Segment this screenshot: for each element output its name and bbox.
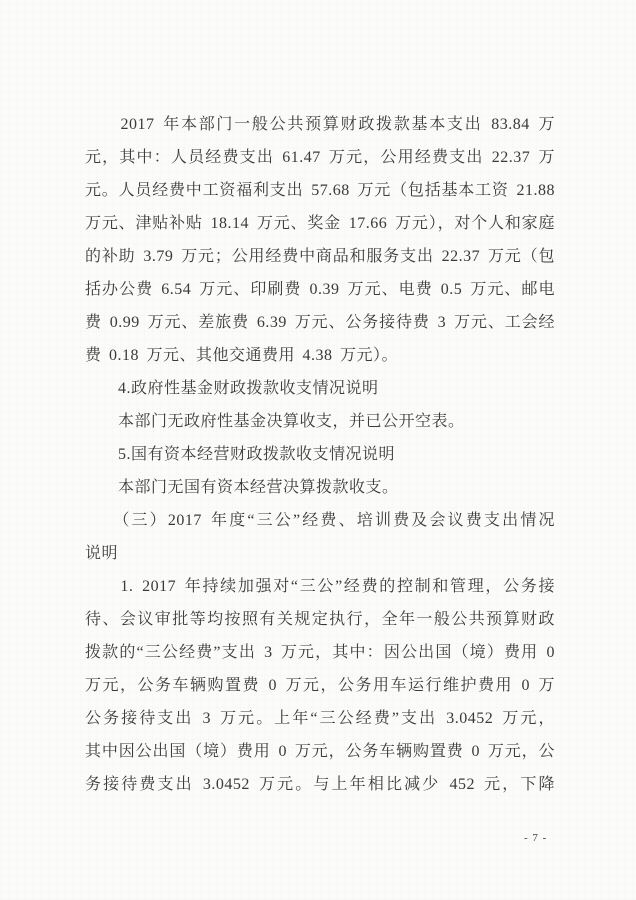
- text-line: 费 0.99 万元、差旅费 6.39 万元、公务接待费 3 万元、工会经: [85, 306, 555, 339]
- text-line: 本部门无政府性基金决算收支，并已公开空表。: [85, 405, 555, 438]
- text-line: 待、会议审批等均按照有关规定执行，全年一般公共预算财政: [85, 603, 555, 636]
- text-line: 万元、津贴补贴 18.14 万元、奖金 17.66 万元），对个人和家庭: [85, 207, 555, 240]
- text-line-heading: 说明: [85, 537, 555, 570]
- text-line: 本部门无国有资本经营决算拨款收支。: [85, 471, 555, 504]
- text-line: 括办公费 6.54 万元、印刷费 0.39 万元、电费 0.5 万元、邮电: [85, 273, 555, 306]
- text-line: 其中因公出国（境）费用 0 万元，公务车辆购置费 0 万元，公: [85, 735, 555, 768]
- text-line: 的补助 3.79 万元；公用经费中商品和服务支出 22.37 万元（包: [85, 240, 555, 273]
- text-line: 元，其中：人员经费支出 61.47 万元，公用经费支出 22.37 万: [85, 141, 555, 174]
- text-line: 拨款的“三公经费”支出 3 万元，其中：因公出国（境）费用 0: [85, 636, 555, 669]
- text-line: 公务接待支出 3 万元。上年“三公经费”支出 3.0452 万元，: [85, 702, 555, 735]
- page-number: - 7 -: [524, 832, 547, 844]
- text-line: 2017 年本部门一般公共预算财政拨款基本支出 83.84 万: [85, 108, 555, 141]
- text-line-heading: 5.国有资本经营财政拨款收支情况说明: [85, 438, 555, 471]
- text-line: 万元，公务车辆购置费 0 万元，公务用车运行维护费用 0 万元，: [85, 669, 555, 702]
- text-line: 费 0.18 万元、其他交通费用 4.38 万元）。: [85, 339, 555, 372]
- document-body: 2017 年本部门一般公共预算财政拨款基本支出 83.84 万 元，其中：人员经…: [85, 108, 555, 801]
- text-line: 元。人员经费中工资福利支出 57.68 万元（包括基本工资 21.88: [85, 174, 555, 207]
- text-line-heading: （三）2017 年度“三公”经费、培训费及会议费支出情况: [85, 504, 555, 537]
- document-page: 2017 年本部门一般公共预算财政拨款基本支出 83.84 万 元，其中：人员经…: [0, 0, 636, 900]
- text-line: 1. 2017 年持续加强对“三公”经费的控制和管理，公务接: [85, 570, 555, 603]
- text-line-heading: 4.政府性基金财政拨款收支情况说明: [85, 372, 555, 405]
- text-line: 务接待费支出 3.0452 万元。与上年相比减少 452 元，下降: [85, 768, 555, 801]
